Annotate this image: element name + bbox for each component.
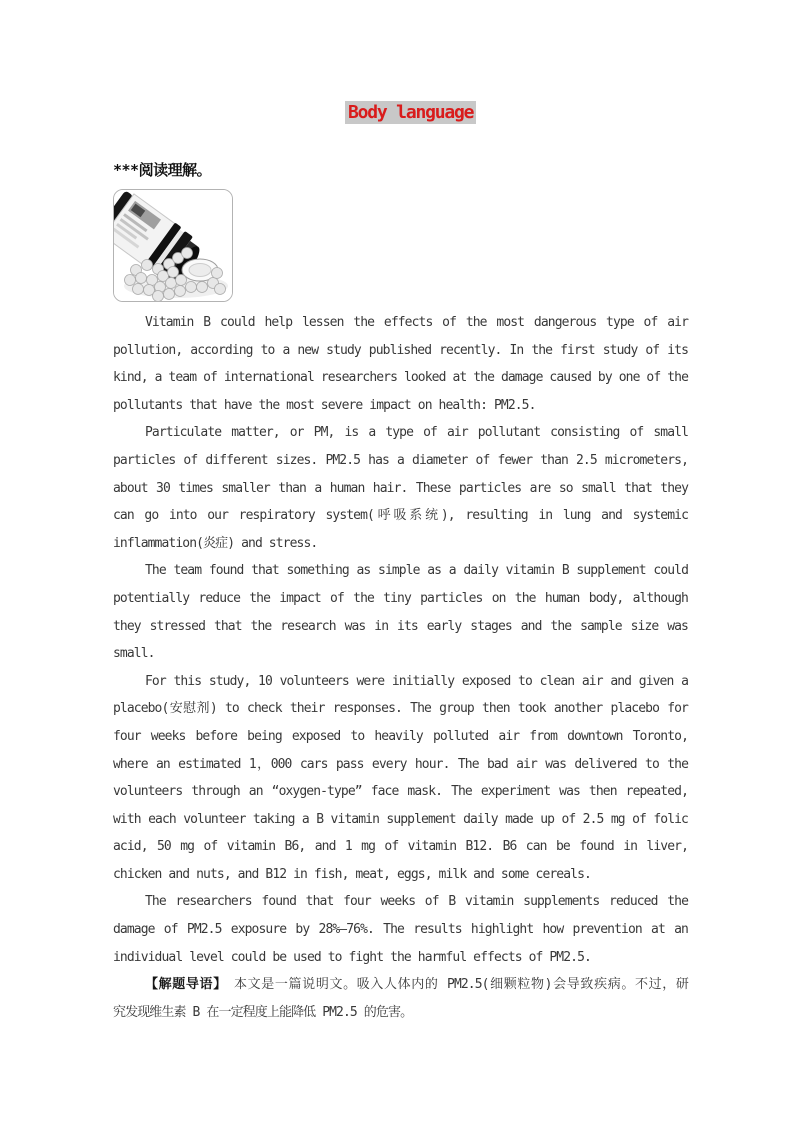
text-line: four weeks before being exposed to heavi… — [113, 723, 688, 751]
paragraph: The team found that something as simple … — [113, 557, 688, 667]
paragraph: The researchers found that four weeks of… — [113, 888, 688, 971]
text-line: The team found that something as simple … — [113, 557, 688, 585]
text-line: with each volunteer taking a B vitamin s… — [113, 806, 688, 834]
text-line: can go into our respiratory system(呼吸系统)… — [113, 502, 688, 530]
page-title: Body language — [345, 101, 476, 124]
text-line: kind, a team of international researcher… — [113, 364, 688, 392]
pill-bottle-image — [114, 190, 232, 301]
section-label-reading-comprehension: ***阅读理解。 — [113, 159, 211, 180]
text-line: about 30 times smaller than a human hair… — [113, 475, 688, 503]
paragraph: Vitamin B could help lessen the effects … — [113, 309, 688, 419]
paragraph: For this study, 10 volunteers were initi… — [113, 668, 688, 889]
text-line: placebo(安慰剂) to check their responses. T… — [113, 695, 688, 723]
text-line: volunteers through an “oxygen-type” face… — [113, 778, 688, 806]
paragraph: Particulate matter, or PM, is a type of … — [113, 419, 688, 557]
text-line: pollution, according to a new study publ… — [113, 337, 688, 365]
note-text: 本文是一篇说明文。吸入人体内的 PM2.5(细颗粒物)会导致疾病。不过，研 — [220, 977, 688, 992]
text-line: chicken and nuts, and B12 in fish, meat,… — [113, 861, 688, 889]
text-line: 【解题导语】 本文是一篇说明文。吸入人体内的 PM2.5(细颗粒物)会导致疾病。… — [113, 971, 688, 999]
text-line: individual level could be used to fight … — [113, 944, 688, 972]
article: Vitamin B could help lessen the effects … — [113, 309, 688, 1026]
text-line: they stressed that the research was in i… — [113, 613, 688, 641]
paragraph: 【解题导语】 本文是一篇说明文。吸入人体内的 PM2.5(细颗粒物)会导致疾病。… — [113, 971, 688, 1026]
document-page: Body language ***阅读理解。 — [0, 0, 800, 1132]
text-line: 究发现维生素 B 在一定程度上能降低 PM2.5 的危害。 — [113, 999, 688, 1027]
text-line: damage of PM2.5 exposure by 28%—76%. The… — [113, 916, 688, 944]
text-line: acid, 50 mg of vitamin B6, and 1 mg of v… — [113, 833, 688, 861]
text-line: inflammation(炎症) and stress. — [113, 530, 688, 558]
text-line: potentially reduce the impact of the tin… — [113, 585, 688, 613]
text-line: Particulate matter, or PM, is a type of … — [113, 419, 688, 447]
text-line: Vitamin B could help lessen the effects … — [113, 309, 688, 337]
text-line: For this study, 10 volunteers were initi… — [113, 668, 688, 696]
text-line: pollutants that have the most severe imp… — [113, 392, 688, 420]
text-line: The researchers found that four weeks of… — [113, 888, 688, 916]
text-line: where an estimated 1，000 cars pass every… — [113, 751, 688, 779]
text-line: small. — [113, 640, 688, 668]
text-line: particles of different sizes. PM2.5 has … — [113, 447, 688, 475]
figure-frame — [113, 189, 233, 302]
note-label: 【解题导语】 — [145, 977, 220, 992]
